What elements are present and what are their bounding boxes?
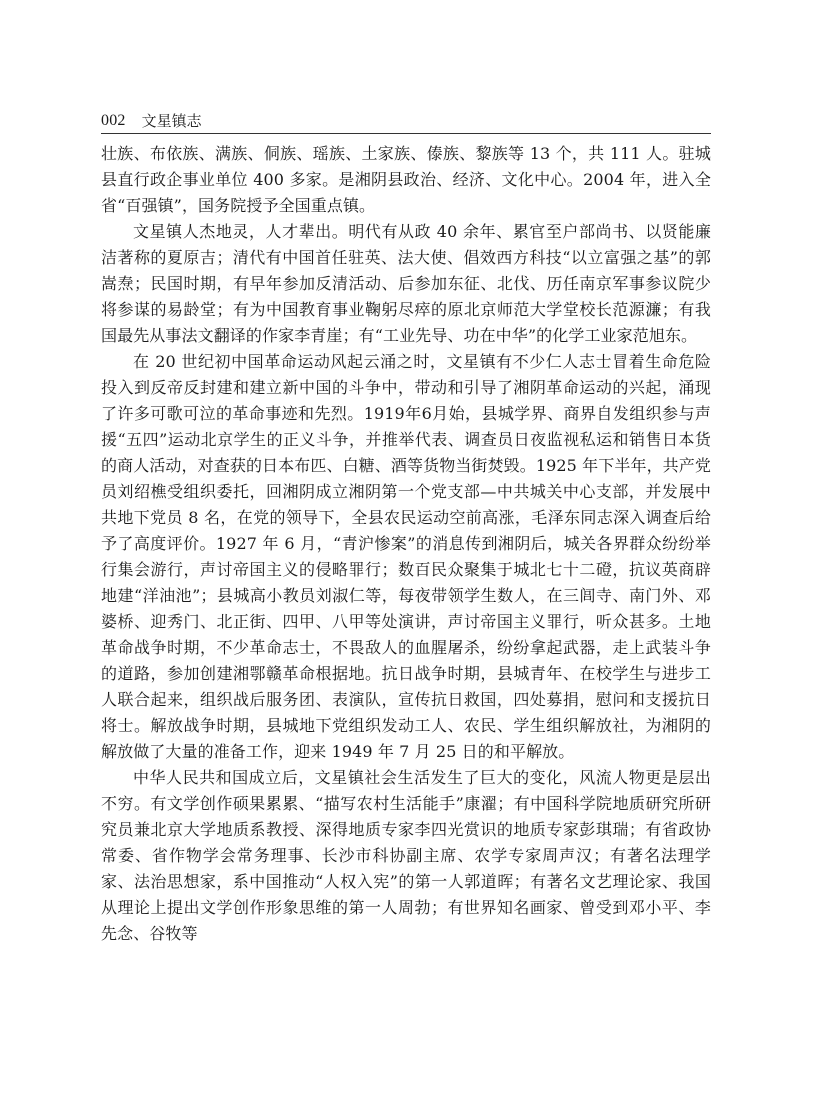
book-title: 文星镇志 [142,112,202,130]
book-page: 002 文星镇志 壮族、布依族、满族、侗族、瑶族、土家族、傣族、黎族等 13 个… [101,108,711,947]
page-number: 002 [101,112,126,130]
paragraph-ethnic-groups: 壮族、布依族、满族、侗族、瑶族、土家族、傣族、黎族等 13 个，共 111 人。… [101,141,711,219]
body-text: 壮族、布依族、满族、侗族、瑶族、土家族、傣族、黎族等 13 个，共 111 人。… [101,141,711,947]
paragraph-post-1949-figures: 中华人民共和国成立后，文星镇社会生活发生了巨大的变化，风流人物更是层出不穷。有文… [101,765,711,947]
paragraph-revolutionary-history: 在 20 世纪初中国革命运动风起云涌之时，文星镇有不少仁人志士冒着生命危险投入到… [101,349,711,765]
running-head: 002 文星镇志 [101,108,711,134]
paragraph-notable-historical-figures: 文星镇人杰地灵，人才辈出。明代有从政 40 余年、累官至户部尚书、以贤能廉洁著称… [101,219,711,349]
